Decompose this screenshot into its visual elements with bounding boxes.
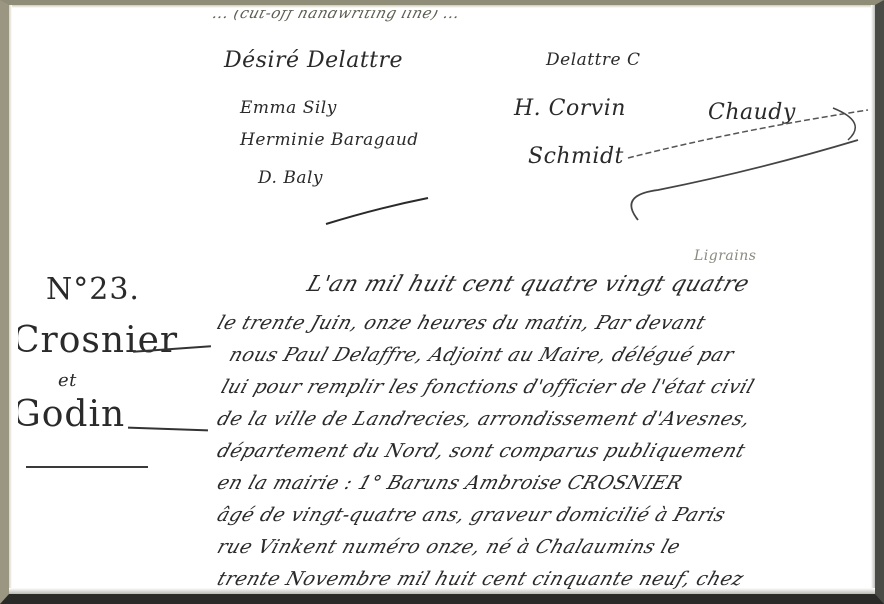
frame-bevel-left xyxy=(9,5,12,594)
body-line-4: lui pour remplir les fonctions d'officie… xyxy=(218,376,757,398)
signature-flourish-icon xyxy=(618,100,878,230)
body-line-2: le trente Juin, onze heures du matin, Pa… xyxy=(214,312,708,334)
body-line-1: L'an mil huit cent quatre vingt quatre xyxy=(304,272,753,297)
signature-d-baly: D. Baly xyxy=(258,168,323,188)
entry-number: N°23. xyxy=(46,272,140,307)
body-line-9: rue Vinkent numéro onze, né à Chalaumins… xyxy=(214,536,683,558)
marginal-annotation: Ligrains xyxy=(694,248,756,264)
margin-connector-line xyxy=(128,427,208,431)
margin-name-groom: Crosnier xyxy=(18,320,178,361)
signature-flourish-icon xyxy=(318,190,438,230)
body-line-8: âgé de vingt-quatre ans, graveur domicil… xyxy=(214,504,728,526)
body-line-5: de la ville de Landrecies, arrondissemen… xyxy=(214,408,753,430)
signature-herminie: Herminie Baragaud xyxy=(240,130,419,150)
manuscript-page: ... (cut-off handwriting line) ... Désir… xyxy=(18,10,884,599)
signature-emma: Emma Sily xyxy=(240,98,337,118)
signature-desire-delattre: Désiré Delattre xyxy=(224,48,403,73)
signature-h-corvin: H. Corvin xyxy=(514,96,626,121)
margin-name-bride: Godin xyxy=(18,394,125,435)
body-line-3: nous Paul Delaffre, Adjoint au Maire, dé… xyxy=(226,344,736,366)
signature-schmidt: Schmidt xyxy=(528,144,624,169)
frame-bevel-top xyxy=(9,5,875,8)
margin-underline xyxy=(26,466,148,468)
body-line-6: département du Nord, sont comparus publi… xyxy=(214,440,748,462)
margin-conjunction: et xyxy=(58,370,77,391)
signature-delattre-c: Delattre C xyxy=(546,50,641,70)
top-cutoff-line: ... (cut-off handwriting line) ... xyxy=(211,10,462,22)
body-line-10: trente Novembre mil huit cent cinquante … xyxy=(214,568,746,590)
document-frame: ... (cut-off handwriting line) ... Désir… xyxy=(0,0,884,604)
body-line-7: en la mairie : 1° Baruns Ambroise CROSNI… xyxy=(214,472,685,494)
